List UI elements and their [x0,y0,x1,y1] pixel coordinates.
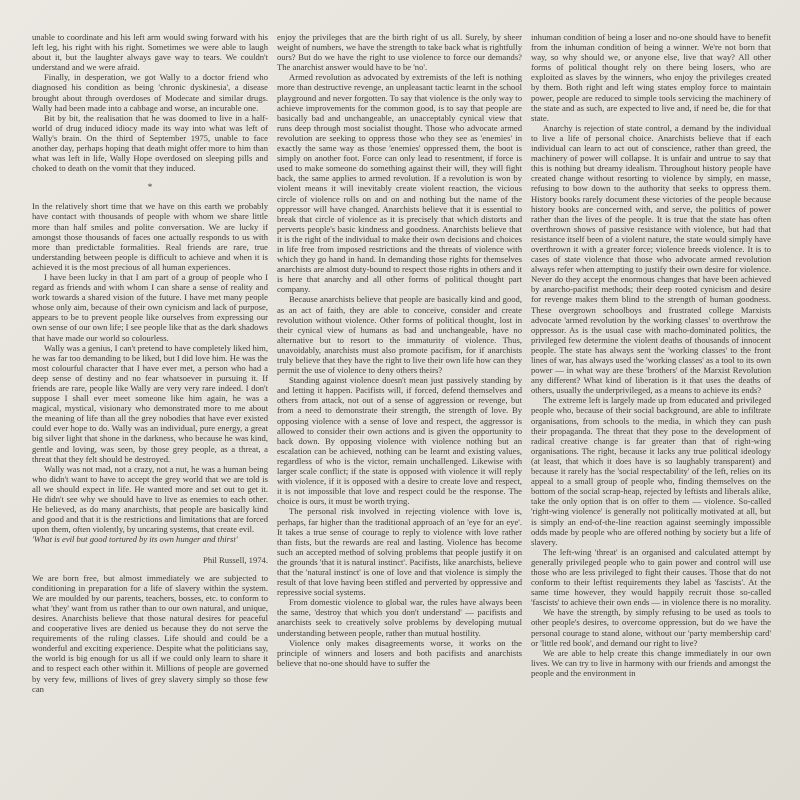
paragraph: From domestic violence to global war, th… [277,597,522,637]
paragraph: The personal risk involved in rejecting … [277,506,522,597]
paragraph: In the relatively short time that we hav… [32,201,268,272]
paragraph: Wally was a genius, I can't pretend to h… [32,343,268,464]
paragraph: Bit by bit, the realisation that he was … [32,113,268,174]
quotation: 'What is evil but good tortured by its o… [32,534,268,544]
paragraph: Violence only makes disagreements worse,… [277,638,522,668]
paragraph: inhuman condition of being a loser and n… [531,32,771,123]
quote-attribution: Phil Russell, 1974. [32,555,268,565]
paragraph: Wally was not mad, not a crazy, not a nu… [32,464,268,535]
paragraph: We are born free, but almost immediately… [32,573,268,694]
paragraph: We have the strength, by simply refusing… [531,607,771,647]
paragraph: Armed revolution as advocated by extremi… [277,72,522,294]
printed-page: unable to coordinate and his left arm wo… [0,0,800,800]
paragraph: I have been lucky in that I am part of a… [32,272,268,343]
paragraph: The left-wing 'threat' is an organised a… [531,547,771,608]
paragraph: Finally, in desperation, we got Wally to… [32,72,268,112]
paragraph: Standing against violence doesn't mean j… [277,375,522,506]
section-separator: * [32,182,268,192]
paragraph: The extreme left is largely made up from… [531,395,771,546]
paragraph: unable to coordinate and his left arm wo… [32,32,268,72]
paragraph: enjoy the privileges that are the birth … [277,32,522,72]
paragraph: We are able to help create this change i… [531,648,771,678]
text-column-left: unable to coordinate and his left arm wo… [32,32,268,694]
text-column-middle: enjoy the privileges that are the birth … [277,32,522,668]
paragraph: Anarchy is rejection of state control, a… [531,123,771,396]
paragraph: Because anarchists believe that people a… [277,294,522,375]
text-column-right: inhuman condition of being a loser and n… [531,32,771,678]
